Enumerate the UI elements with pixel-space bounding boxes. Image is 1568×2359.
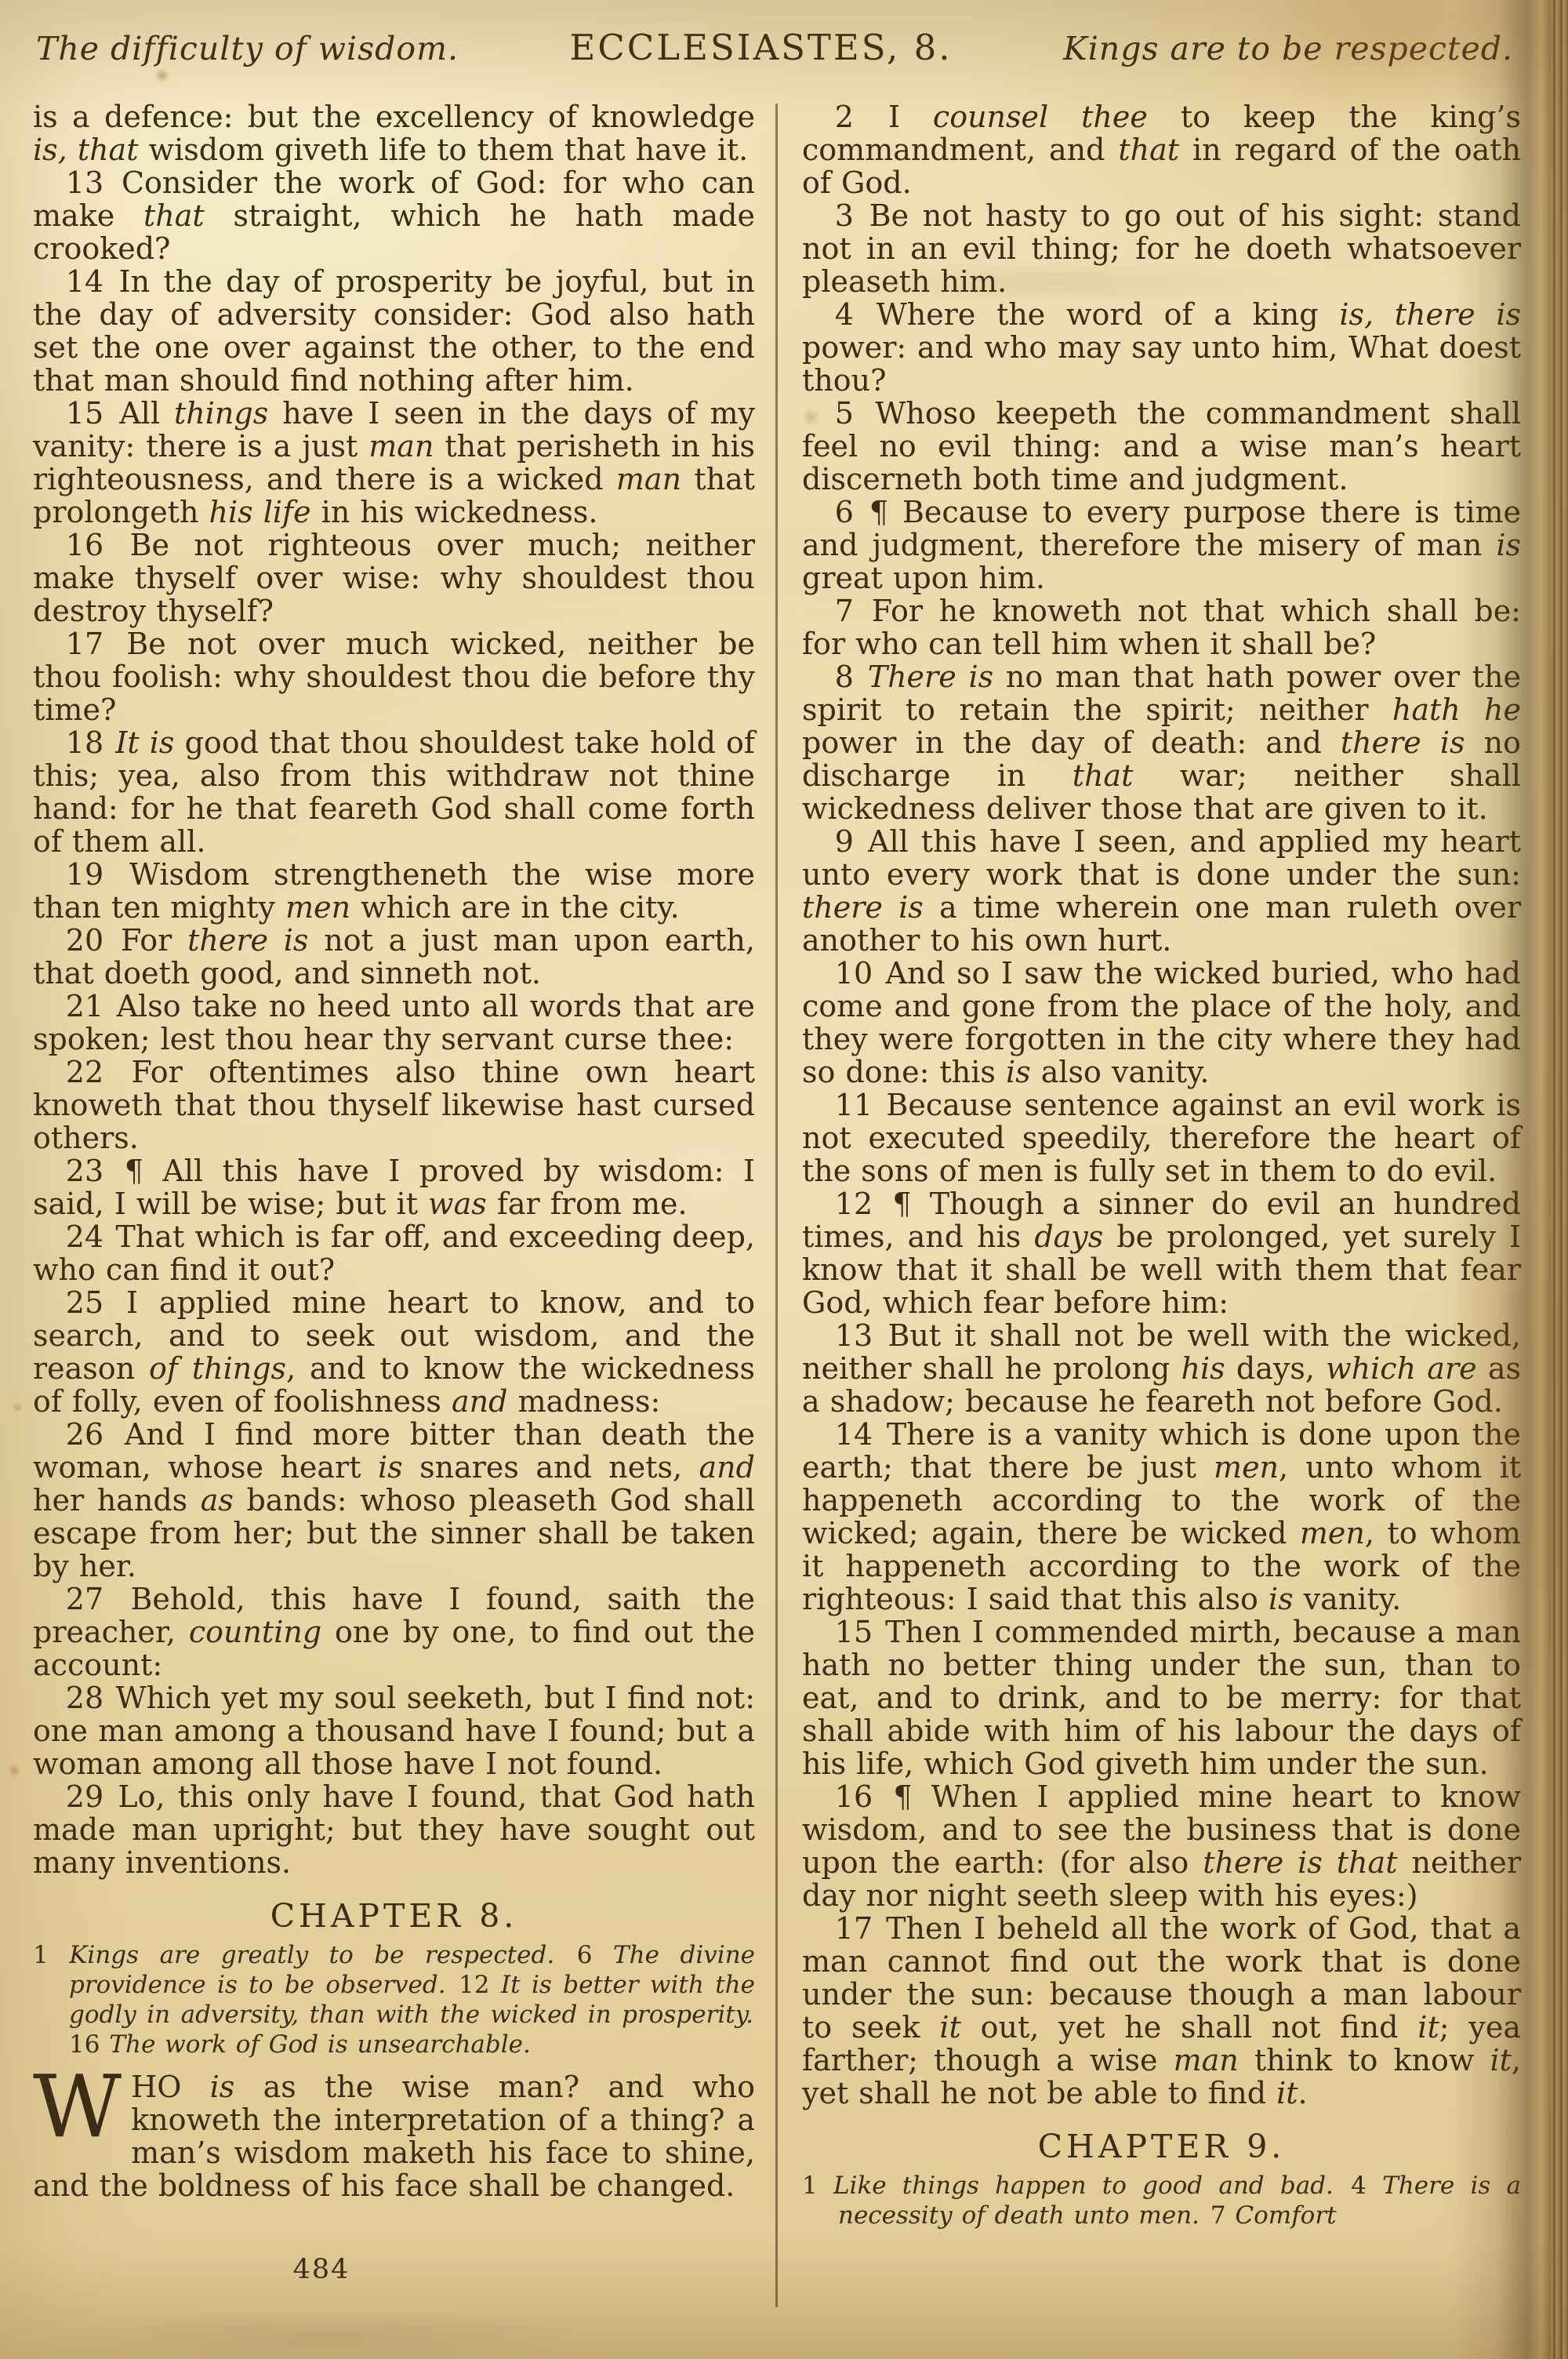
- verse: 20 For there is not a just man upon eart…: [33, 924, 755, 990]
- verse-number: 14: [66, 264, 119, 299]
- verse-number: 9: [835, 824, 868, 859]
- verse-number: 14: [835, 1417, 887, 1452]
- verse-number: 23: [66, 1154, 125, 1188]
- verse: 14 In the day of prosperity be joyful, b…: [33, 265, 755, 397]
- verse: 2 I counsel thee to keep the king’s comm…: [802, 100, 1521, 199]
- verse-number: 12: [835, 1187, 893, 1221]
- verse: 8 There is no man that hath power over t…: [802, 660, 1521, 825]
- verse-number: 16: [66, 528, 130, 562]
- verse-number: 11: [835, 1088, 887, 1122]
- verse: 15 Then I commended mirth, because a man…: [802, 1616, 1521, 1780]
- drop-verse-text: HO is as the wise man? and who knoweth t…: [33, 2070, 755, 2203]
- verse: 16 ¶ When I applied mine heart to know w…: [802, 1780, 1521, 1912]
- drop-cap-initial: W: [33, 2074, 122, 2139]
- verse-number: 15: [66, 396, 119, 431]
- verse: 3 Be not hasty to go out of his sight: s…: [802, 199, 1521, 298]
- verse: is a defence: but the excellency of know…: [33, 100, 755, 166]
- bible-page: The difficulty of wisdom. ECCLESIASTES, …: [0, 0, 1568, 2359]
- verse-number: 27: [66, 1582, 131, 1616]
- verse-number: 24: [66, 1219, 116, 1254]
- verse-number: 29: [66, 1779, 118, 1814]
- verse-number: 13: [835, 1318, 888, 1353]
- verse: 10 And so I saw the wicked buried, who h…: [802, 957, 1521, 1089]
- chapter-9-heading: CHAPTER 9.: [802, 2130, 1521, 2163]
- verse: 15 All things have I seen in the days of…: [33, 397, 755, 529]
- chapter-8-summary: 1 Kings are greatly to be respected. 6 T…: [33, 1940, 755, 2059]
- verse: 23 ¶ All this have I proved by wisdom: I…: [33, 1154, 755, 1220]
- verse: 29 Lo, this only have I found, that God …: [33, 1780, 755, 1879]
- verse-number: 16: [835, 1779, 894, 1814]
- verse: 17 Then I beheld all the work of God, th…: [802, 1912, 1521, 2110]
- verse-number: 2: [835, 100, 888, 134]
- verse: 7 For he knoweth not that which shall be…: [802, 594, 1521, 660]
- verse: 9 All this have I seen, and applied my h…: [802, 825, 1521, 957]
- verse-number: 18: [66, 725, 116, 760]
- verse-number: 25: [66, 1285, 126, 1320]
- verse-chapter8-1: WHO is as the wise man? and who knoweth …: [33, 2070, 755, 2202]
- verse-number: 17: [66, 627, 127, 661]
- left-column-verses: is a defence: but the excellency of know…: [33, 100, 755, 1879]
- verse-number: 4: [835, 297, 877, 332]
- verse: 5 Whoso keepeth the commandment shall fe…: [802, 397, 1521, 496]
- verse: 16 Be not righteous over much; neither m…: [33, 529, 755, 627]
- verse-number: 22: [66, 1055, 132, 1089]
- right-column: 2 I counsel thee to keep the king’s comm…: [777, 100, 1521, 2307]
- running-head: The difficulty of wisdom. ECCLESIASTES, …: [36, 27, 1513, 68]
- verse: 26 And I find more bitter than death the…: [33, 1418, 755, 1583]
- page-stack-edges: [1551, 0, 1568, 2359]
- verse: 14 There is a vanity which is done upon …: [802, 1418, 1521, 1616]
- chapter-9-summary: 1 Like things happen to good and bad. 4 …: [802, 2171, 1521, 2230]
- verse-number: 17: [835, 1911, 886, 1946]
- page-number: 484: [259, 2254, 384, 2285]
- verse: 22 For oftentimes also thine own heart k…: [33, 1056, 755, 1154]
- running-head-center: ECCLESIASTES, 8.: [570, 27, 953, 68]
- verse: 4 Where the word of a king is, there is …: [802, 298, 1521, 397]
- running-head-left: The difficulty of wisdom.: [36, 30, 459, 67]
- verse-number: 6: [835, 495, 869, 529]
- verse: 25 I applied mine heart to know, and to …: [33, 1286, 755, 1418]
- verse-number: 19: [66, 857, 129, 892]
- verse-number: 20: [66, 923, 121, 958]
- verse-number: 28: [66, 1681, 116, 1715]
- verse-number: 7: [835, 594, 872, 628]
- verse: 24 That which is far off, and exceeding …: [33, 1220, 755, 1286]
- right-column-verses: 2 I counsel thee to keep the king’s comm…: [802, 100, 1521, 2110]
- verse-number: 8: [835, 660, 868, 694]
- verse: 11 Because sentence against an evil work…: [802, 1089, 1521, 1187]
- verse: 13 Consider the work of God: for who can…: [33, 166, 755, 265]
- verse-number: 3: [835, 198, 869, 233]
- verse: 27 Behold, this have I found, saith the …: [33, 1583, 755, 1681]
- verse: 18 It is good that thou shouldest take h…: [33, 726, 755, 858]
- left-column: is a defence: but the excellency of know…: [33, 100, 777, 2307]
- verse: 13 But it shall not be well with the wic…: [802, 1319, 1521, 1418]
- verse-number: 15: [835, 1615, 885, 1649]
- running-head-right: Kings are to be respected.: [1063, 30, 1513, 67]
- verse-number: 21: [66, 989, 117, 1023]
- verse-number: 5: [835, 396, 876, 431]
- verse: 28 Which yet my soul seeketh, but I find…: [33, 1681, 755, 1780]
- verse: 17 Be not over much wicked, neither be t…: [33, 627, 755, 726]
- verse: 19 Wisdom strengtheneth the wise more th…: [33, 858, 755, 924]
- verse-number: 26: [66, 1417, 125, 1452]
- verse: 12 ¶ Though a sinner do evil an hundred …: [802, 1187, 1521, 1319]
- verse-number: 10: [835, 956, 886, 990]
- verse-number: 13: [66, 165, 122, 200]
- text-columns: is a defence: but the excellency of know…: [33, 100, 1521, 2307]
- verse: 6 ¶ Because to every purpose there is ti…: [802, 496, 1521, 594]
- chapter-8-heading: CHAPTER 8.: [33, 1899, 755, 1932]
- verse: 21 Also take no heed unto all words that…: [33, 990, 755, 1056]
